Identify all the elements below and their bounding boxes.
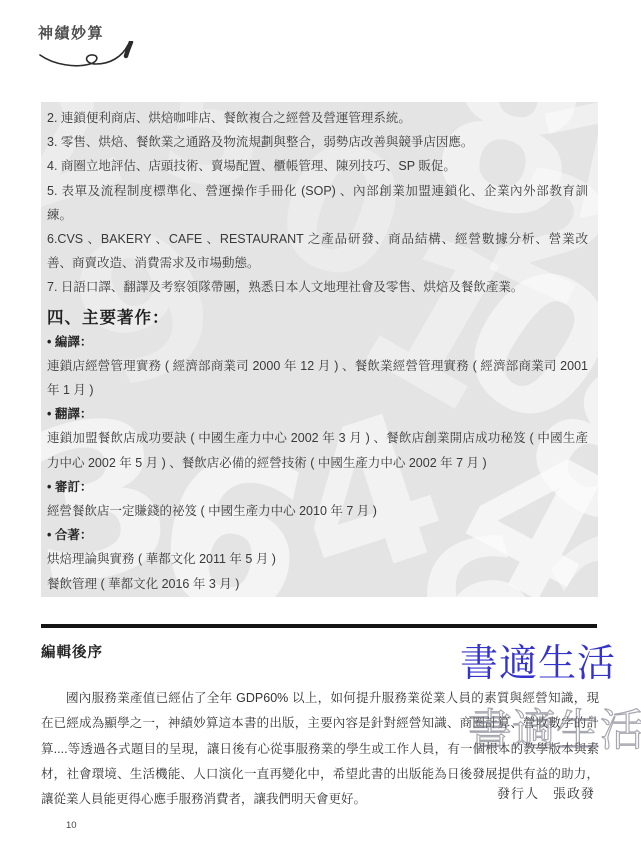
logo-swoosh-icon bbox=[38, 41, 142, 67]
publisher-line: 發行人 張政發 bbox=[497, 783, 595, 802]
work-title-line: 餐飲管理 ( 華都文化 2016 年 3 月 ) bbox=[47, 572, 588, 596]
list-item: 5. 表單及流程制度標準化、營運操作手冊化 (SOP) 、內部創業加盟連鎖化、企… bbox=[47, 179, 588, 227]
brand-title: 書適生活 bbox=[460, 632, 630, 687]
work-group-label: • 翻譯： bbox=[47, 402, 588, 426]
works-section-title: 四、主要著作： bbox=[47, 306, 588, 330]
resume-panel: 8725091208364462 2. 連鎖便利商店、烘焙咖啡店、餐飲複合之經營… bbox=[41, 102, 598, 597]
works-groups: • 編譯：連鎖店經營管理實務 ( 經濟部商業司 2000 年 12 月 ) 、餐… bbox=[47, 330, 588, 596]
page-number: 10 bbox=[66, 820, 77, 831]
work-group-label: • 編譯： bbox=[47, 330, 588, 354]
postscript-heading: 編輯後序 bbox=[41, 641, 103, 662]
list-item: 4. 商圈立地評估、店頭技術、賣場配置、櫃帳管理、陳列技巧、SP 販促。 bbox=[47, 154, 588, 178]
work-title-line: 連鎖加盟餐飲店成功要訣 ( 中國生產力中心 2002 年 3 月 ) 、餐飲店創… bbox=[47, 426, 588, 474]
list-item: 2. 連鎖便利商店、烘焙咖啡店、餐飲複合之經營及營運管理系統。 bbox=[47, 106, 588, 130]
work-title-line: 經營餐飲店一定賺錢的祕笈 ( 中國生產力中心 2010 年 7 月 ) bbox=[47, 499, 588, 523]
numbered-list: 2. 連鎖便利商店、烘焙咖啡店、餐飲複合之經營及營運管理系統。3. 零售、烘焙、… bbox=[47, 106, 588, 300]
work-group-label: • 審訂： bbox=[47, 475, 588, 499]
work-title-line: 連鎖店經營管理實務 ( 經濟部商業司 2000 年 12 月 ) 、餐飲業經營管… bbox=[47, 354, 588, 402]
list-item: 7. 日語口譯、翻譯及考察領隊帶團，熟悉日本人文地理社會及零售、烘焙及餐飲產業。 bbox=[47, 275, 588, 299]
logo-text: 神績妙算 bbox=[38, 25, 104, 42]
work-group-label: • 合著： bbox=[47, 523, 588, 547]
publisher-logo: 神績妙算 bbox=[38, 22, 168, 67]
section-divider bbox=[41, 624, 597, 628]
resume-content: 2. 連鎖便利商店、烘焙咖啡店、餐飲複合之經營及營運管理系統。3. 零售、烘焙、… bbox=[41, 102, 598, 597]
list-item: 3. 零售、烘焙、餐飲業之通路及物流規劃與整合，弱勢店改善與競爭店因應。 bbox=[47, 130, 588, 154]
list-item: 6.CVS 、BAKERY 、CAFE 、RESTAURANT 之產品研發、商品… bbox=[47, 227, 588, 275]
work-title-line: 烘焙理論與實務 ( 華都文化 2011 年 5 月 ) bbox=[47, 547, 588, 571]
document-page: { "logo": { "text": "神績妙算" }, "colors": … bbox=[0, 0, 641, 854]
